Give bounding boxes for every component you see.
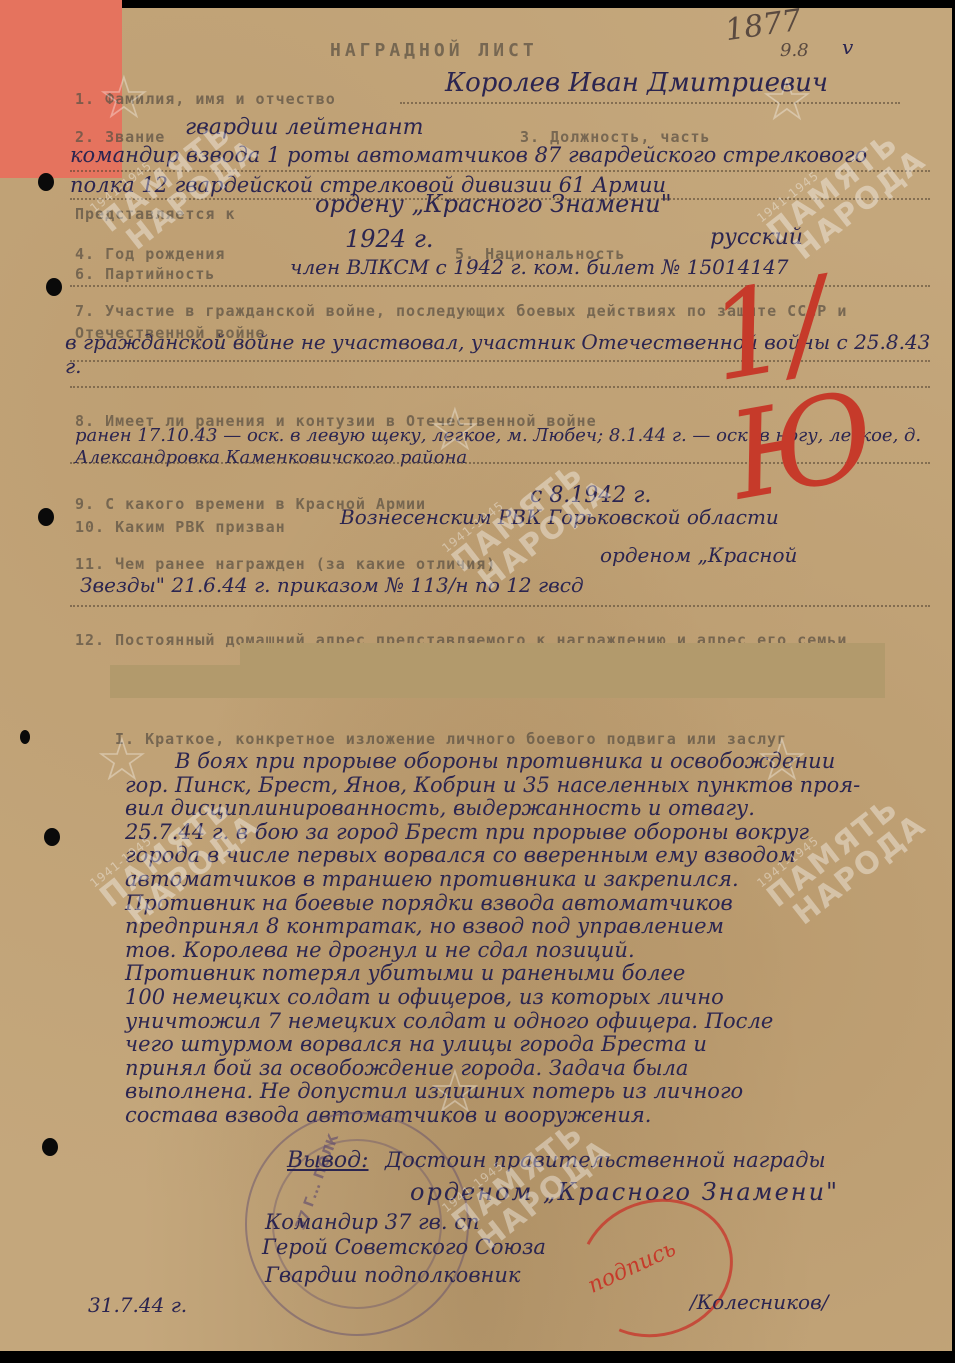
narrative-line: 100 немецких солдат и офицеров, из котор… (125, 986, 945, 1010)
check-mark: v (842, 35, 853, 59)
scan-bottom-edge (0, 1351, 955, 1363)
star-icon: ☆ (755, 730, 809, 790)
narrative-line: выполнена. Не допустил излишних потерь и… (125, 1080, 945, 1104)
dotted-line (70, 605, 930, 607)
punch-hole (44, 828, 60, 846)
narrative-line: тов. Королева не дрогнул и не сдал позиц… (125, 939, 945, 963)
punch-hole (42, 1138, 58, 1156)
punch-hole (38, 173, 54, 191)
narrative-line: гор. Пинск, Брест, Янов, Кобрин и 35 нас… (125, 774, 945, 798)
section-heading: I. Краткое, конкретное изложение личного… (115, 730, 945, 748)
red-annotation: 1/Ю (701, 241, 955, 518)
star-icon: ☆ (428, 1062, 482, 1122)
punch-hole (38, 508, 54, 526)
field-label-conscription: 10. Каким РВК призван (75, 518, 286, 536)
document-title: НАГРАДНОЙ ЛИСТ (330, 40, 538, 61)
field-label-party: 6. Партийность (75, 265, 215, 283)
conclusion-label: Вывод: (287, 1148, 369, 1173)
star-icon: ☆ (428, 400, 482, 460)
narrative-line: В боях при прорыве обороны противника и … (125, 750, 945, 774)
field-value-birth-year: 1924 г. (345, 225, 433, 253)
star-icon: ☆ (760, 70, 814, 130)
narrative: В боях при прорыве обороны противника и … (125, 750, 945, 1128)
dotted-line (400, 102, 900, 104)
archive-subnumber: 9.8 (780, 40, 809, 61)
redacted-address (110, 665, 885, 698)
narrative-line: Противник потерял убитыми и ранеными бол… (125, 962, 945, 986)
star-icon: ☆ (95, 730, 149, 790)
field-value-award: ордену „Красного Знамени" (315, 190, 672, 218)
punch-hole (20, 730, 30, 744)
signatory-name: /Колесников/ (690, 1290, 828, 1314)
signatory-title: Гвардии подполковник (265, 1263, 520, 1287)
narrative-line: принял бой за освобождение города. Задач… (125, 1057, 945, 1081)
punch-hole (46, 278, 62, 296)
narrative-line: уничтожил 7 немецких солдат и одного офи… (125, 1010, 945, 1034)
narrative-line: чего штурмом ворвался на улицы города Бр… (125, 1033, 945, 1057)
narrative-line: состава взвода автоматчиков и вооружения… (125, 1104, 945, 1128)
document-date: 31.7.44 г. (88, 1293, 187, 1317)
star-icon: ☆ (97, 68, 151, 128)
